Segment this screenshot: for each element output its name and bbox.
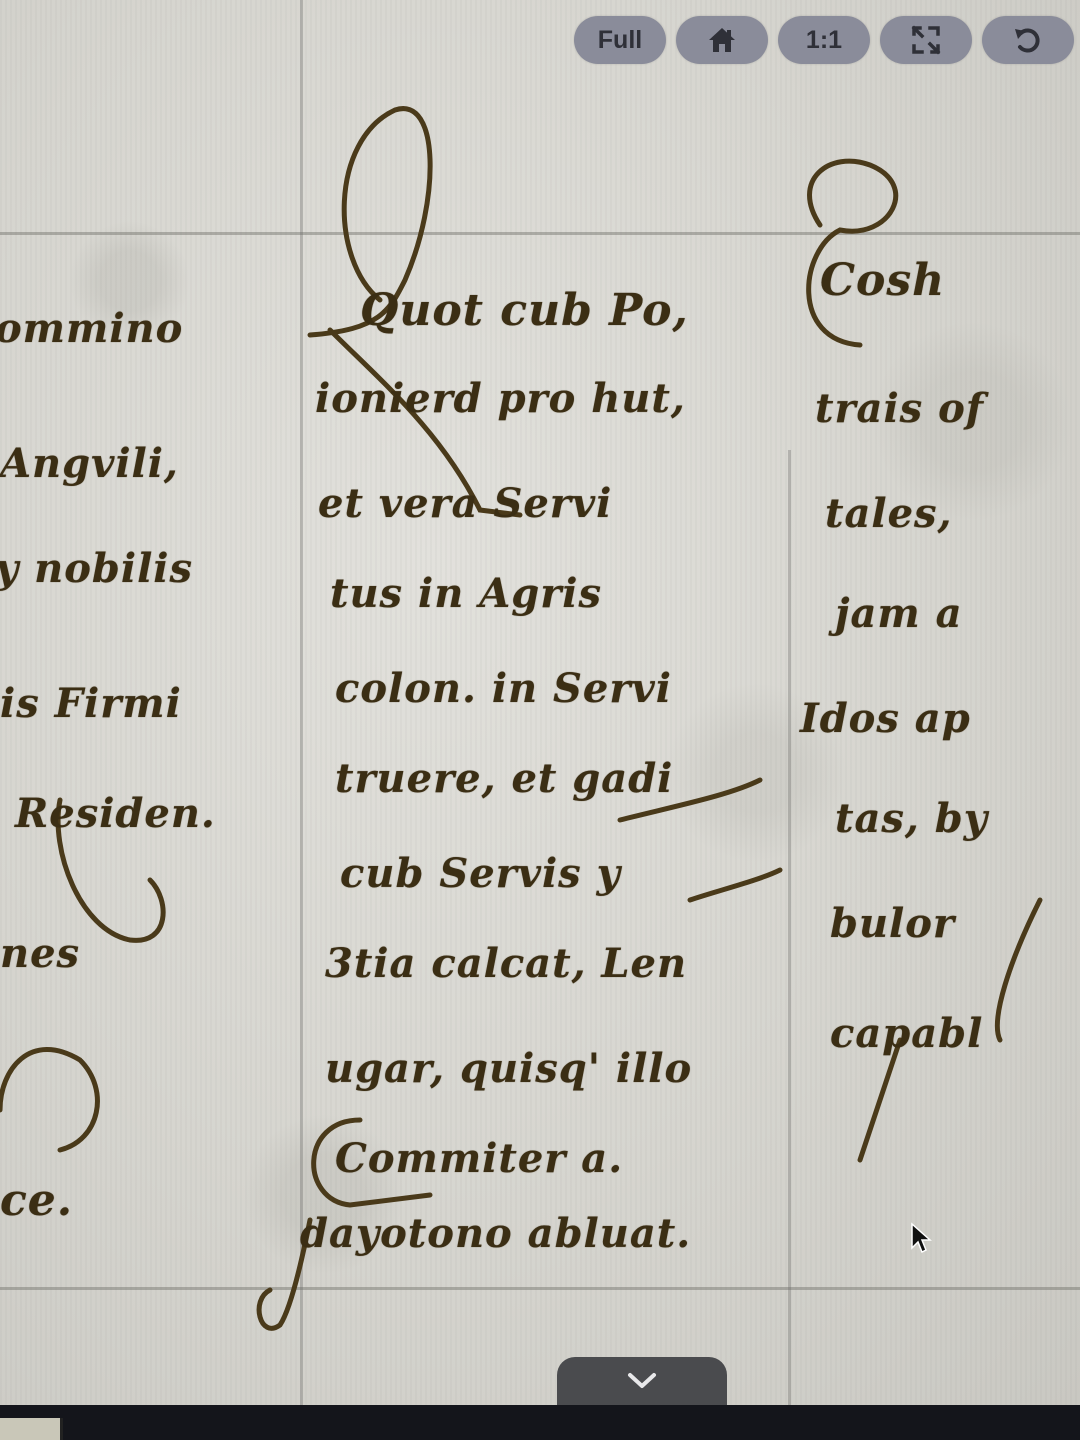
ruled-line: [0, 232, 1080, 235]
fullscreen-button[interactable]: [880, 16, 972, 64]
manuscript-line: Cosh: [820, 255, 945, 306]
viewer-toolbar: Full 1:1: [574, 16, 1074, 64]
manuscript-line: nes: [0, 930, 80, 977]
manuscript-line: truere, et gadi: [335, 755, 673, 802]
manuscript-line: capabl: [830, 1010, 983, 1057]
manuscript-line: ugar, quisq' illo: [325, 1045, 692, 1092]
rotate-icon: [1012, 24, 1044, 56]
manuscript-line: tales,: [825, 490, 952, 537]
manuscript-line: trais of: [815, 385, 984, 432]
rotate-button[interactable]: [982, 16, 1074, 64]
ruled-line: [300, 0, 303, 1405]
bottom-panel: [0, 1405, 1080, 1440]
manuscript-line: Angvili,: [0, 440, 179, 487]
manuscript-line: 3tia calcat, Len: [325, 940, 687, 987]
manuscript-line: ionierd pro hut,: [315, 375, 686, 422]
full-button-label: Full: [598, 26, 642, 55]
bottom-panel-toggle[interactable]: [557, 1357, 727, 1405]
full-button[interactable]: Full: [574, 16, 666, 64]
chevron-down-icon: [626, 1371, 658, 1391]
mouse-cursor-icon: [910, 1222, 932, 1254]
manuscript-line: tas, by: [835, 795, 988, 842]
manuscript-line: Residen.: [15, 790, 216, 837]
thumbnail[interactable]: [0, 1418, 63, 1440]
ruled-line: [0, 1287, 1080, 1290]
manuscript-line: Commiter a.: [335, 1135, 623, 1182]
manuscript-line: et vera Servi: [318, 480, 612, 527]
ruled-line: [788, 450, 791, 1405]
manuscript-line: colon. in Servi: [335, 665, 672, 712]
manuscript-line: ce.: [0, 1175, 73, 1226]
home-button[interactable]: [676, 16, 768, 64]
image-viewer-canvas[interactable]: Quot cub Po, ionierd pro hut, et vera Se…: [0, 0, 1080, 1405]
manuscript-line: dayotono abluat.: [300, 1210, 691, 1257]
manuscript-line: y nobilis: [0, 545, 193, 592]
manuscript-line: cub Servis y: [340, 850, 621, 897]
one-to-one-label: 1:1: [806, 26, 842, 55]
manuscript-line: bulor: [830, 900, 955, 947]
manuscript-line: jam a: [835, 590, 963, 637]
manuscript-line: tus in Agris: [330, 570, 602, 617]
manuscript-line: Quot cub Po,: [360, 285, 689, 336]
expand-arrows-icon: [910, 24, 942, 56]
one-to-one-button[interactable]: 1:1: [778, 16, 870, 64]
manuscript-line: ommino: [0, 305, 183, 352]
manuscript-line: Idos ap: [800, 695, 971, 742]
manuscript-line: is Firmi: [0, 680, 182, 727]
home-icon: [707, 26, 737, 54]
